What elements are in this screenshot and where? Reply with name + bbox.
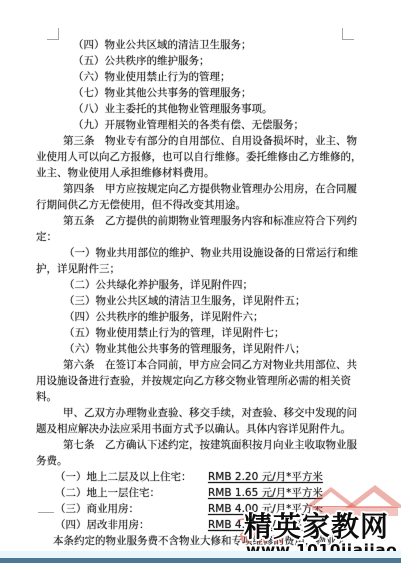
article-4-paragraph: 第四条 甲方应按规定向乙方提供物业管理办公用房，在合同履行期间供乙方无偿使用，但…	[36, 181, 367, 213]
fee-label: （二）地上一层住宅：	[55, 485, 208, 501]
article-5-item: （三）物业公共区域的清洁卫生服务，详见附件五；	[36, 293, 367, 309]
article-6-paragraph-1: 第六条 在签订本合同前，甲方应会同乙方对物业共用部位、共用设施设备进行查验，并按…	[36, 357, 367, 405]
article-5-item: （四）公共秩序的维护服务，详见附件六；	[36, 309, 367, 325]
fee-label: （三）商业用房：	[55, 501, 208, 517]
fee-value: RMB 1.65 元/月*平方米	[208, 485, 323, 501]
fee-row: （四）居改非用房： RMB 4.00 元/月*平方米	[36, 517, 367, 533]
fee-row: （三）商业用房： RMB 4.00 元/月*平方米	[36, 501, 367, 517]
article-5-intro: 第五条 乙方提供的前期物业管理服务内容和标准应符合下列约定：	[36, 213, 367, 245]
fee-row: （一）地上二层及以上住宅： RMB 2.20 元/月*平方米	[36, 469, 367, 485]
clause-item: （五）公共秩序的维护服务；	[36, 53, 367, 69]
article-6-paragraph-2: 甲、乙双方办理物业查验、移交手续，对查验、移交中发现的问题及相应解决办法应采用书…	[36, 405, 367, 437]
clause-item: （八）业主委托的其他物业管理服务事项。	[36, 101, 367, 117]
fee-label: （四）居改非用房：	[55, 517, 208, 533]
clause-item: （九）开展物业管理相关的各类有偿、无偿服务；	[36, 117, 367, 133]
fee-row: （二）地上一层住宅： RMB 1.65 元/月*平方米	[36, 485, 367, 501]
article-3-paragraph: 第三条 物业专有部分的自用部位、自用设备损坏时，业主、物业使用人可以向乙方报修，…	[36, 133, 367, 181]
clause-item: （七）物业其他公共事务的管理服务；	[36, 85, 367, 101]
fee-value: RMB 2.20 元/月*平方米	[208, 469, 323, 485]
bottom-band-dark	[0, 558, 401, 563]
article-5-item: （五）物业使用禁止行为的管理，详见附件七；	[36, 325, 367, 341]
article-5-item: （一）物业共用部位的维护、物业共用设施设备的日常运行和维护，详见附件三；	[36, 245, 367, 277]
article-7-intro: 第七条 乙方确认下述约定，按建筑面积按月向业主收取物业服务费。	[36, 437, 367, 469]
fee-value: RMB 4.00 元/月*平方米	[208, 501, 323, 517]
fee-value: RMB 4.00 元/月*平方米	[208, 517, 323, 533]
clause-item: （六）物业使用禁止行为的管理；	[36, 69, 367, 85]
fee-label: （一）地上二层及以上住宅：	[55, 469, 208, 485]
article-5-item: （六）物业其他公共事务的管理服务，详见附件八；	[36, 341, 367, 357]
clause-item: （四）物业公共区域的清洁卫生服务；	[36, 37, 367, 53]
contract-page-body: （四）物业公共区域的清洁卫生服务； （五）公共秩序的维护服务； （六）物业使用禁…	[36, 37, 367, 565]
bottom-band-light	[0, 551, 401, 558]
article-5-item: （二）公共绿化养护服务，详见附件四；	[36, 277, 367, 293]
